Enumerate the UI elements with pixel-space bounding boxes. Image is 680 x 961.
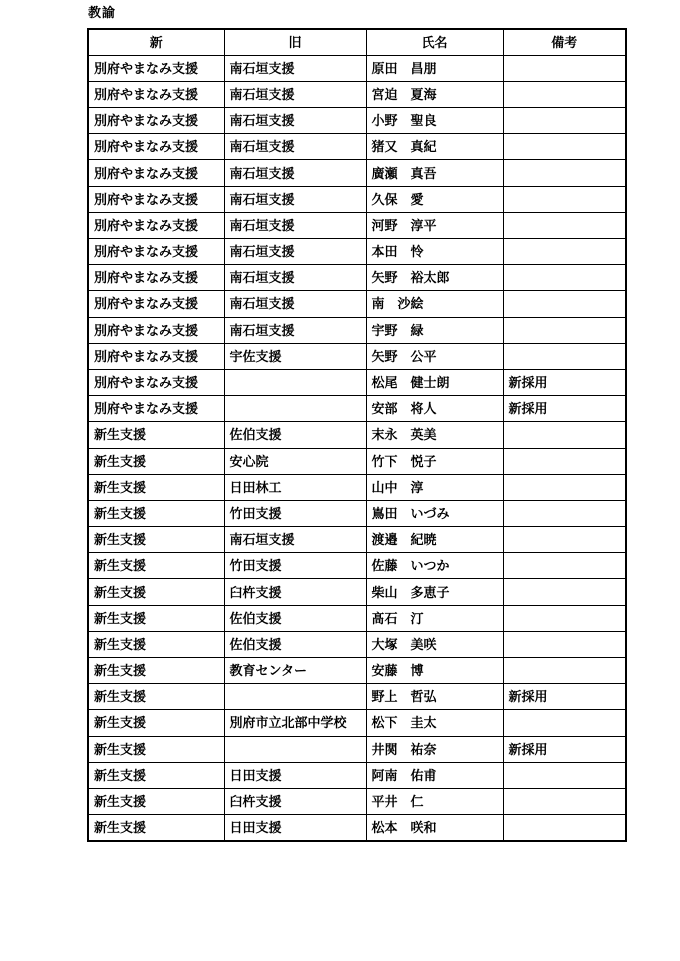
cell-new-posting: 別府やまなみ支援 (88, 134, 224, 160)
cell-person-name: 安部 将人 (366, 396, 503, 422)
cell-old-posting: 南石垣支援 (224, 134, 366, 160)
cell-person-name: 野上 哲弘 (366, 684, 503, 710)
cell-person-name: 松本 咲和 (366, 815, 503, 841)
cell-person-name: 松下 圭太 (366, 710, 503, 736)
cell-remarks (503, 212, 626, 238)
cell-old-posting (224, 396, 366, 422)
cell-person-name: 松尾 健士朗 (366, 369, 503, 395)
cell-new-posting: 別府やまなみ支援 (88, 343, 224, 369)
cell-old-posting: 南石垣支援 (224, 212, 366, 238)
table-row: 新生支援臼杵支援平井 仁 (88, 788, 626, 814)
table-row: 別府やまなみ支援南石垣支援宇野 緑 (88, 317, 626, 343)
table-row: 別府やまなみ支援南石垣支援久保 愛 (88, 186, 626, 212)
table-row: 新生支援日田林工山中 淳 (88, 474, 626, 500)
cell-remarks (503, 553, 626, 579)
cell-person-name: 平井 仁 (366, 788, 503, 814)
table-row: 別府やまなみ支援南石垣支援原田 昌朋 (88, 55, 626, 81)
table-row: 別府やまなみ支援南石垣支援宮迫 夏海 (88, 81, 626, 107)
cell-remarks (503, 658, 626, 684)
cell-person-name: 原田 昌朋 (366, 55, 503, 81)
cell-old-posting: 日田支援 (224, 762, 366, 788)
table-row: 新生支援竹田支援佐藤 いつか (88, 553, 626, 579)
table-body: 別府やまなみ支援南石垣支援原田 昌朋別府やまなみ支援南石垣支援宮迫 夏海別府やま… (88, 55, 626, 841)
cell-person-name: 山中 淳 (366, 474, 503, 500)
cell-new-posting: 新生支援 (88, 788, 224, 814)
cell-remarks (503, 788, 626, 814)
cell-old-posting: 南石垣支援 (224, 291, 366, 317)
cell-new-posting: 新生支援 (88, 474, 224, 500)
cell-old-posting: 南石垣支援 (224, 186, 366, 212)
cell-new-posting: 新生支援 (88, 605, 224, 631)
cell-remarks (503, 527, 626, 553)
cell-old-posting: 南石垣支援 (224, 55, 366, 81)
table-row: 新生支援安心院竹下 悦子 (88, 448, 626, 474)
cell-remarks (503, 605, 626, 631)
cell-remarks (503, 291, 626, 317)
cell-new-posting: 新生支援 (88, 684, 224, 710)
table-row: 新生支援佐伯支援髙石 汀 (88, 605, 626, 631)
cell-old-posting: 安心院 (224, 448, 366, 474)
cell-new-posting: 新生支援 (88, 762, 224, 788)
cell-new-posting: 別府やまなみ支援 (88, 239, 224, 265)
cell-new-posting: 別府やまなみ支援 (88, 81, 224, 107)
cell-new-posting: 新生支援 (88, 658, 224, 684)
cell-old-posting: 南石垣支援 (224, 317, 366, 343)
table-row: 新生支援教育センター安藤 博 (88, 658, 626, 684)
cell-person-name: 宇野 緑 (366, 317, 503, 343)
cell-old-posting: 教育センター (224, 658, 366, 684)
cell-old-posting: 竹田支援 (224, 500, 366, 526)
column-header-name: 氏名 (366, 29, 503, 55)
cell-person-name: 井関 祐奈 (366, 736, 503, 762)
cell-new-posting: 別府やまなみ支援 (88, 396, 224, 422)
cell-person-name: 嶌田 いづみ (366, 500, 503, 526)
table-row: 別府やまなみ支援南石垣支援矢野 裕太郎 (88, 265, 626, 291)
column-header-remarks: 備考 (503, 29, 626, 55)
cell-remarks (503, 55, 626, 81)
cell-person-name: 矢野 公平 (366, 343, 503, 369)
table-row: 新生支援竹田支援嶌田 いづみ (88, 500, 626, 526)
cell-new-posting: 別府やまなみ支援 (88, 108, 224, 134)
cell-new-posting: 別府やまなみ支援 (88, 55, 224, 81)
cell-remarks (503, 108, 626, 134)
table-row: 別府やまなみ支援安部 将人新採用 (88, 396, 626, 422)
cell-remarks (503, 160, 626, 186)
cell-remarks (503, 317, 626, 343)
column-header-new: 新 (88, 29, 224, 55)
table-row: 別府やまなみ支援南石垣支援小野 聖良 (88, 108, 626, 134)
cell-person-name: 猪又 真紀 (366, 134, 503, 160)
cell-remarks (503, 239, 626, 265)
cell-new-posting: 新生支援 (88, 710, 224, 736)
cell-new-posting: 新生支援 (88, 500, 224, 526)
table-row: 新生支援臼杵支援柴山 多恵子 (88, 579, 626, 605)
cell-old-posting (224, 369, 366, 395)
cell-new-posting: 新生支援 (88, 527, 224, 553)
cell-remarks (503, 134, 626, 160)
cell-new-posting: 新生支援 (88, 736, 224, 762)
cell-person-name: 大塚 美咲 (366, 631, 503, 657)
column-header-old: 旧 (224, 29, 366, 55)
cell-remarks (503, 448, 626, 474)
cell-person-name: 本田 怜 (366, 239, 503, 265)
table-row: 別府やまなみ支援南石垣支援猪又 真紀 (88, 134, 626, 160)
table-row: 別府やまなみ支援南石垣支援南 沙絵 (88, 291, 626, 317)
cell-old-posting: 日田林工 (224, 474, 366, 500)
cell-new-posting: 新生支援 (88, 815, 224, 841)
cell-remarks (503, 422, 626, 448)
cell-old-posting: 南石垣支援 (224, 239, 366, 265)
cell-remarks (503, 474, 626, 500)
cell-remarks: 新採用 (503, 684, 626, 710)
cell-person-name: 竹下 悦子 (366, 448, 503, 474)
cell-remarks: 新採用 (503, 369, 626, 395)
cell-person-name: 久保 愛 (366, 186, 503, 212)
table-row: 新生支援井関 祐奈新採用 (88, 736, 626, 762)
cell-person-name: 南 沙絵 (366, 291, 503, 317)
cell-old-posting: 臼杵支援 (224, 788, 366, 814)
cell-new-posting: 別府やまなみ支援 (88, 317, 224, 343)
cell-old-posting: 佐伯支援 (224, 605, 366, 631)
cell-remarks (503, 186, 626, 212)
cell-person-name: 渡邉 紀暁 (366, 527, 503, 553)
table-row: 新生支援野上 哲弘新採用 (88, 684, 626, 710)
cell-person-name: 柴山 多恵子 (366, 579, 503, 605)
cell-old-posting: 南石垣支援 (224, 160, 366, 186)
cell-person-name: 髙石 汀 (366, 605, 503, 631)
table-header-row: 新 旧 氏名 備考 (88, 29, 626, 55)
cell-new-posting: 新生支援 (88, 422, 224, 448)
cell-new-posting: 別府やまなみ支援 (88, 212, 224, 238)
cell-person-name: 河野 淳平 (366, 212, 503, 238)
table-row: 新生支援日田支援阿南 佑甫 (88, 762, 626, 788)
cell-person-name: 矢野 裕太郎 (366, 265, 503, 291)
table-row: 新生支援日田支援松本 咲和 (88, 815, 626, 841)
table-row: 新生支援南石垣支援渡邉 紀暁 (88, 527, 626, 553)
table-row: 別府やまなみ支援松尾 健士朗新採用 (88, 369, 626, 395)
cell-old-posting: 別府市立北部中学校 (224, 710, 366, 736)
cell-old-posting: 日田支援 (224, 815, 366, 841)
table-row: 新生支援別府市立北部中学校松下 圭太 (88, 710, 626, 736)
cell-old-posting: 臼杵支援 (224, 579, 366, 605)
table-row: 別府やまなみ支援南石垣支援廣瀬 真吾 (88, 160, 626, 186)
cell-remarks (503, 500, 626, 526)
cell-old-posting: 佐伯支援 (224, 422, 366, 448)
document-page: 教諭 新 旧 氏名 備考 別府やまなみ支援南石垣支援原田 昌朋別府やまなみ支援南… (0, 0, 680, 961)
cell-remarks (503, 579, 626, 605)
cell-old-posting: 南石垣支援 (224, 81, 366, 107)
cell-old-posting: 佐伯支援 (224, 631, 366, 657)
cell-old-posting (224, 684, 366, 710)
cell-old-posting: 南石垣支援 (224, 108, 366, 134)
cell-person-name: 佐藤 いつか (366, 553, 503, 579)
table-row: 新生支援佐伯支援末永 英美 (88, 422, 626, 448)
cell-new-posting: 新生支援 (88, 579, 224, 605)
cell-new-posting: 新生支援 (88, 631, 224, 657)
cell-new-posting: 別府やまなみ支援 (88, 265, 224, 291)
cell-remarks: 新採用 (503, 396, 626, 422)
cell-old-posting: 南石垣支援 (224, 527, 366, 553)
cell-new-posting: 別府やまなみ支援 (88, 369, 224, 395)
cell-person-name: 安藤 博 (366, 658, 503, 684)
cell-remarks: 新採用 (503, 736, 626, 762)
cell-new-posting: 別府やまなみ支援 (88, 291, 224, 317)
cell-remarks (503, 81, 626, 107)
cell-remarks (503, 762, 626, 788)
cell-person-name: 廣瀬 真吾 (366, 160, 503, 186)
cell-remarks (503, 710, 626, 736)
cell-person-name: 末永 英美 (366, 422, 503, 448)
cell-old-posting: 竹田支援 (224, 553, 366, 579)
cell-person-name: 小野 聖良 (366, 108, 503, 134)
cell-new-posting: 新生支援 (88, 553, 224, 579)
cell-new-posting: 新生支援 (88, 448, 224, 474)
staff-transfer-table: 新 旧 氏名 備考 別府やまなみ支援南石垣支援原田 昌朋別府やまなみ支援南石垣支… (87, 28, 627, 842)
cell-old-posting: 南石垣支援 (224, 265, 366, 291)
cell-person-name: 宮迫 夏海 (366, 81, 503, 107)
table-row: 別府やまなみ支援南石垣支援本田 怜 (88, 239, 626, 265)
table-row: 新生支援佐伯支援大塚 美咲 (88, 631, 626, 657)
cell-person-name: 阿南 佑甫 (366, 762, 503, 788)
cell-new-posting: 別府やまなみ支援 (88, 160, 224, 186)
cell-old-posting: 宇佐支援 (224, 343, 366, 369)
cell-remarks (503, 815, 626, 841)
cell-remarks (503, 343, 626, 369)
table-row: 別府やまなみ支援宇佐支援矢野 公平 (88, 343, 626, 369)
cell-old-posting (224, 736, 366, 762)
cell-remarks (503, 265, 626, 291)
section-title: 教諭 (88, 3, 116, 23)
cell-remarks (503, 631, 626, 657)
cell-new-posting: 別府やまなみ支援 (88, 186, 224, 212)
table-row: 別府やまなみ支援南石垣支援河野 淳平 (88, 212, 626, 238)
